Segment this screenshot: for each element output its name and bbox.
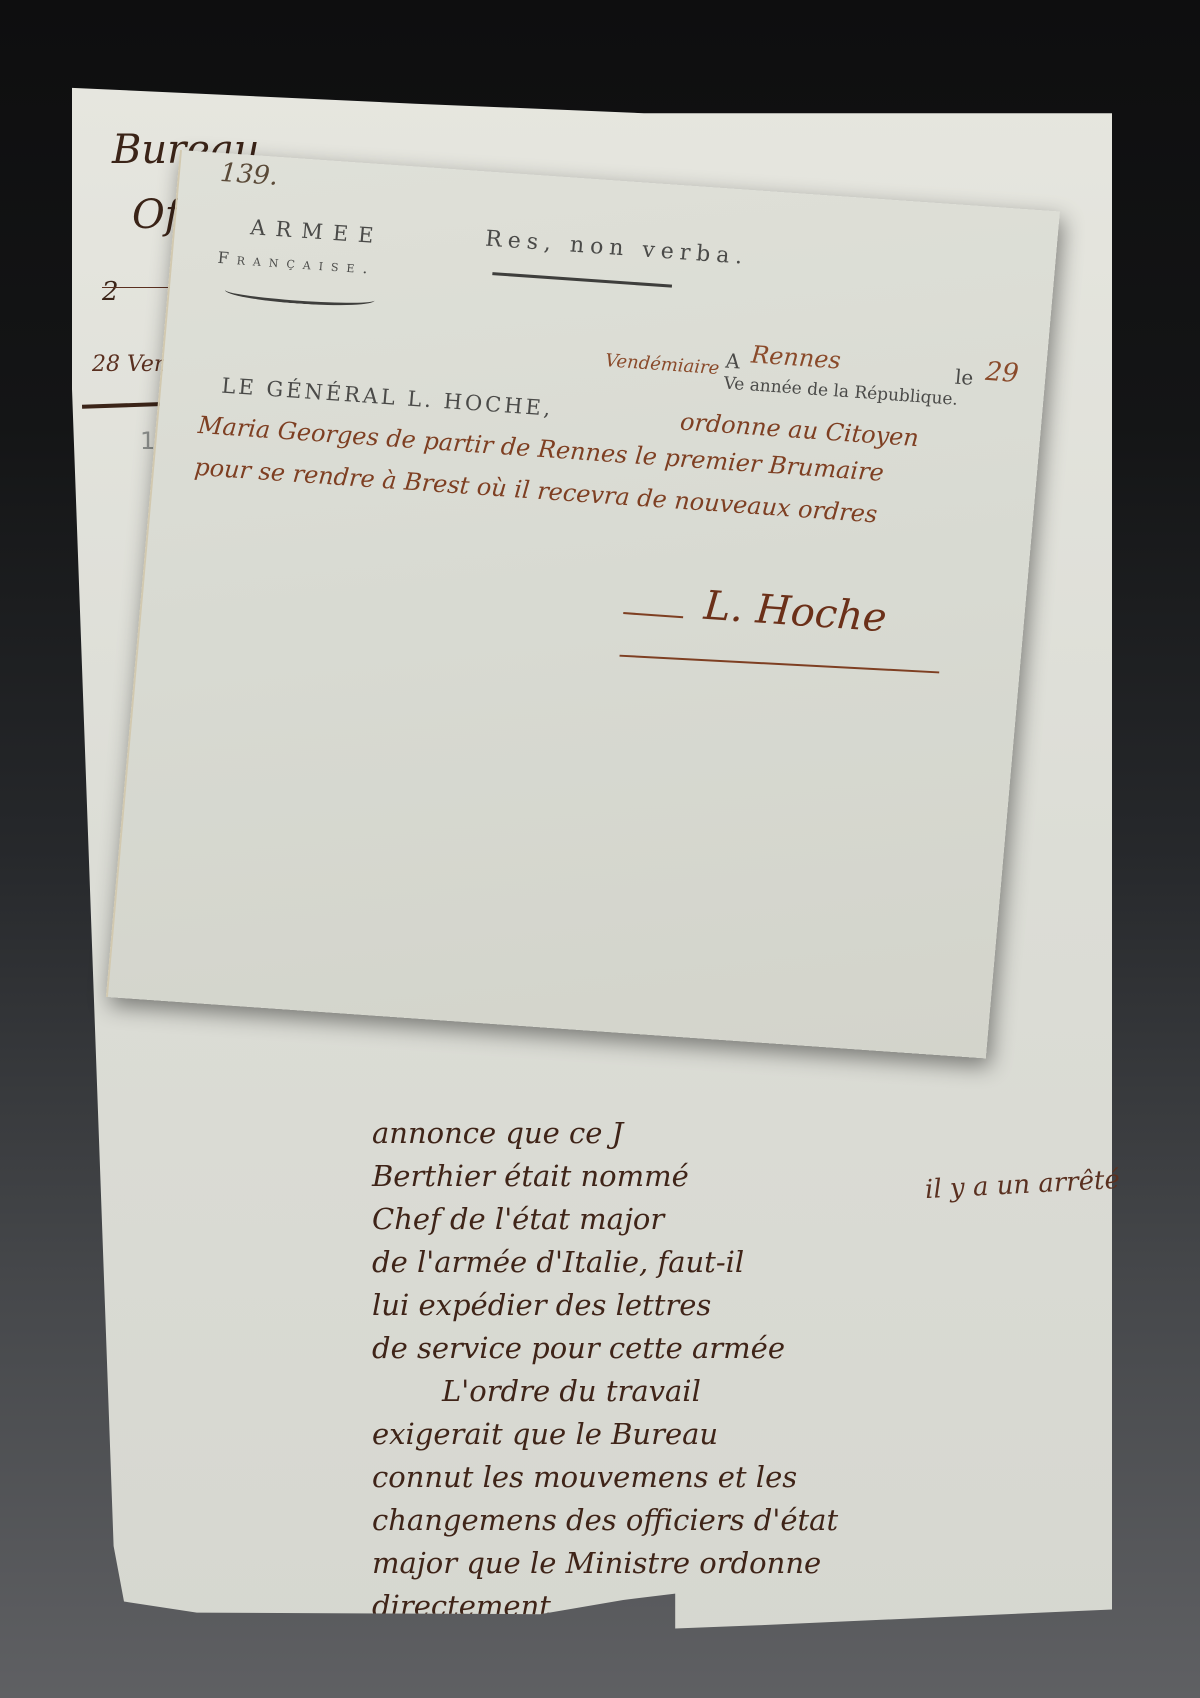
letterhead-francaise: Française. — [217, 248, 377, 278]
letterhead-armee: ARMEE — [249, 215, 384, 248]
letterhead-brace-ornament — [224, 282, 375, 309]
place-handwritten: Rennes — [750, 340, 842, 374]
front-letterhead-sheet: 139. ARMEE Française. Res, non verba. Ve… — [106, 150, 1060, 1058]
body-line: L'ordre du travail — [372, 1370, 838, 1413]
body-line: Chef de l'état major — [372, 1198, 838, 1241]
body-line: directement — [372, 1585, 838, 1628]
motto-rule — [492, 272, 672, 288]
month-handwritten: Vendémiaire — [604, 350, 720, 379]
day-handwritten: 29 — [984, 357, 1020, 389]
date-prefix: le — [954, 365, 974, 390]
back-sheet-body: annonce que ce J Berthier était nommé Ch… — [372, 1112, 838, 1628]
republican-year: Ve année de la République. — [723, 374, 959, 410]
body-line: changemens des officiers d'état — [372, 1499, 838, 1542]
folio-number: 139. — [219, 158, 279, 192]
place-prefix: A — [725, 349, 742, 374]
signature-underline — [619, 655, 939, 674]
signature-flourish — [623, 612, 683, 618]
body-line: de service pour cette armée — [372, 1327, 838, 1370]
body-line: exigerait que le Bureau — [372, 1413, 838, 1456]
header-number-mark: 2 — [102, 277, 119, 307]
body-line: de l'armée d'Italie, faut-il — [372, 1241, 838, 1284]
body-line: annonce que ce J — [372, 1112, 838, 1155]
body-line: lui expédier des lettres — [372, 1284, 838, 1327]
letterhead-motto: Res, non verba. — [484, 227, 749, 270]
signature: L. Hoche — [702, 583, 888, 642]
body-line: connut les mouvemens et les — [372, 1456, 838, 1499]
body-line: major que le Ministre ordonne — [372, 1542, 838, 1585]
body-line: Berthier était nommé — [372, 1155, 838, 1198]
